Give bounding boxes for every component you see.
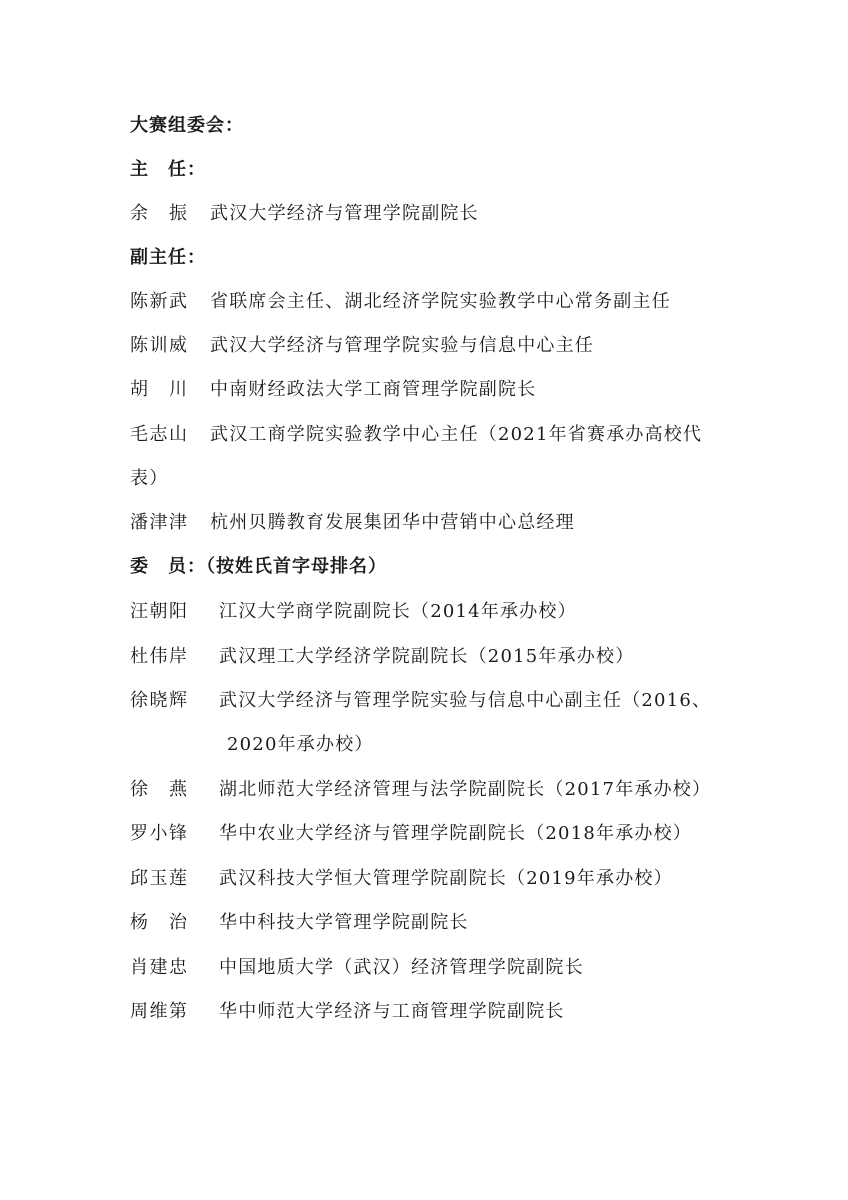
person-name: 陈新武	[130, 290, 189, 314]
person-name: 胡 川	[130, 378, 189, 402]
person-role: 华中科技大学管理学院副院长	[219, 911, 469, 935]
member-entry: 杜伟岸 武汉理工大学经济学院副院长（2015年承办校）	[130, 645, 770, 669]
person-name: 邱玉莲	[130, 867, 189, 891]
person-role: 武汉科技大学恒大管理学院副院长（2019年承办校）	[219, 867, 673, 891]
director-entry: 余 振 武汉大学经济与管理学院副院长	[130, 202, 730, 226]
member-entry: 周维第 华中师范大学经济与工商管理学院副院长	[130, 1000, 770, 1024]
director-heading: 主 任：	[130, 158, 206, 182]
person-name: 徐 燕	[130, 778, 189, 802]
committee-title: 大赛组委会：	[130, 114, 244, 138]
person-role: 华中农业大学经济与管理学院副院长（2018年承办校）	[219, 822, 692, 846]
vice-director-entry: 潘津津 杭州贝腾教育发展集团华中营销中心总经理	[130, 511, 770, 535]
vice-director-entry: 毛志山 武汉工商学院实验教学中心主任（2021年省赛承办高校代	[130, 423, 770, 447]
member-entry: 汪朝阳 江汉大学商学院副院长（2014年承办校）	[130, 600, 770, 624]
member-entry: 徐 燕 湖北师范大学经济管理与法学院副院长（2017年承办校）	[130, 778, 770, 802]
person-role-continuation: 表）	[130, 467, 168, 491]
person-role: 湖北师范大学经济管理与法学院副院长（2017年承办校）	[219, 778, 711, 802]
person-role: 中国地质大学（武汉）经济管理学院副院长	[219, 956, 584, 980]
person-name: 罗小锋	[130, 822, 189, 846]
person-role: 杭州贝腾教育发展集团华中营销中心总经理	[210, 511, 575, 535]
vice-director-heading: 副主任：	[130, 246, 206, 270]
person-role: 武汉理工大学经济学院副院长（2015年承办校）	[219, 645, 634, 669]
person-name: 肖建忠	[130, 956, 189, 980]
person-name: 杨 治	[130, 911, 189, 935]
person-name: 潘津津	[130, 511, 189, 535]
person-role: 华中师范大学经济与工商管理学院副院长	[219, 1000, 565, 1024]
person-role: 武汉大学经济与管理学院副院长	[210, 202, 479, 226]
person-role: 武汉大学经济与管理学院实验与信息中心副主任（2016、	[219, 689, 711, 713]
member-entry: 徐晓辉 武汉大学经济与管理学院实验与信息中心副主任（2016、	[130, 689, 770, 713]
person-role: 武汉工商学院实验教学中心主任（2021年省赛承办高校代	[210, 423, 702, 447]
member-entry: 邱玉莲 武汉科技大学恒大管理学院副院长（2019年承办校）	[130, 867, 770, 891]
members-heading: 委 员：（按姓氏首字母排名）	[130, 555, 387, 579]
person-name: 陈训威	[130, 334, 189, 358]
person-name: 汪朝阳	[130, 600, 189, 624]
person-name: 周维第	[130, 1000, 189, 1024]
vice-director-entry: 陈训威 武汉大学经济与管理学院实验与信息中心主任	[130, 334, 770, 358]
person-name: 徐晓辉	[130, 689, 189, 713]
vice-director-entry: 胡 川 中南财经政法大学工商管理学院副院长	[130, 378, 770, 402]
person-role: 省联席会主任、湖北经济学院实验教学中心常务副主任	[210, 290, 671, 314]
document-page: 大赛组委会： 主 任： 余 振 武汉大学经济与管理学院副院长 副主任： 陈新武 …	[0, 0, 848, 1200]
member-entry: 肖建忠 中国地质大学（武汉）经济管理学院副院长	[130, 956, 770, 980]
member-entry: 罗小锋 华中农业大学经济与管理学院副院长（2018年承办校）	[130, 822, 770, 846]
person-name: 毛志山	[130, 423, 189, 447]
vice-director-entry: 陈新武 省联席会主任、湖北经济学院实验教学中心常务副主任	[130, 290, 770, 314]
person-name: 杜伟岸	[130, 645, 189, 669]
member-entry: 杨 治 华中科技大学管理学院副院长	[130, 911, 770, 935]
person-role: 中南财经政法大学工商管理学院副院长	[210, 378, 536, 402]
person-role: 江汉大学商学院副院长（2014年承办校）	[219, 600, 577, 624]
person-role: 武汉大学经济与管理学院实验与信息中心主任	[210, 334, 594, 358]
person-role-continuation: 2020年承办校）	[227, 733, 374, 757]
person-name: 余 振	[130, 202, 189, 226]
